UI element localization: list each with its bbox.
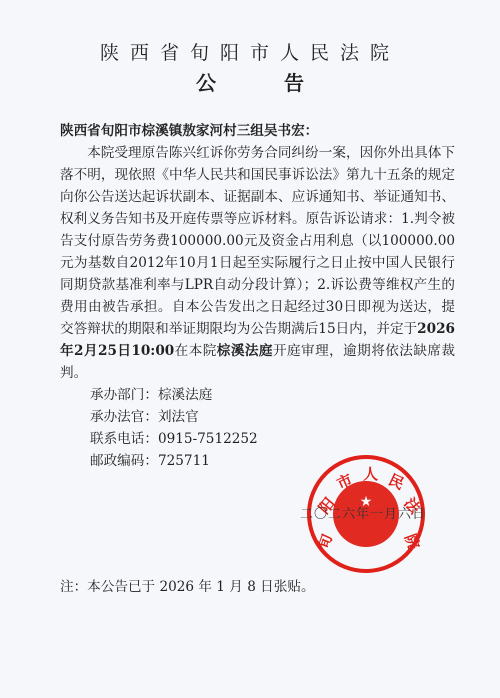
seal-char: 院 <box>400 531 425 552</box>
seal-char: 人 <box>363 463 378 484</box>
notice-paragraph: 本院受理原告陈兴红诉你劳务合同纠纷一案，因你外出具体下落不明，现依照《中华人民共… <box>60 142 455 384</box>
info-value: 725711 <box>158 453 210 469</box>
info-judge: 承办法官：刘法官 <box>60 406 455 428</box>
info-value: 刘法官 <box>158 409 199 425</box>
info-value: 0915-7512252 <box>158 431 258 447</box>
info-value: 棕溪法庭 <box>158 387 212 403</box>
info-label: 联系电话： <box>90 431 158 447</box>
info-label: 邮政编码： <box>90 453 158 469</box>
notice-title: 公告 <box>0 67 500 96</box>
addressee: 陕西省旬阳市棕溪镇敖家河村三组吴书宏： <box>60 120 455 142</box>
court-title: 陕西省旬阳市人民法院 <box>0 38 500 65</box>
info-phone: 联系电话：0915-7512252 <box>60 428 455 450</box>
info-label: 承办法官： <box>90 409 158 425</box>
footnote: 注：本公告已于 2026 年 1 月 8 日张贴。 <box>60 575 315 595</box>
info-department: 承办部门：棕溪法庭 <box>60 384 455 406</box>
court-notice-page: 陕西省旬阳市人民法院 公告 陕西省旬阳市棕溪镇敖家河村三组吴书宏： 本院受理原告… <box>0 0 500 698</box>
notice-title-char-2: 告 <box>284 67 304 96</box>
notice-body: 陕西省旬阳市棕溪镇敖家河村三组吴书宏： 本院受理原告陈兴红诉你劳务合同纠纷一案，… <box>60 120 455 472</box>
seal-char: 旬 <box>312 531 337 552</box>
issue-date: 二〇二六年一月六日 <box>300 503 426 522</box>
info-label: 承办部门： <box>90 387 158 403</box>
hearing-venue: 棕溪法庭 <box>217 343 273 359</box>
notice-title-char-1: 公 <box>196 67 216 96</box>
paragraph-text: 本院受理原告陈兴红诉你劳务合同纠纷一案，因你外出具体下落不明，现依照《中华人民共… <box>60 145 455 337</box>
paragraph-mid: 在本院 <box>174 343 217 359</box>
